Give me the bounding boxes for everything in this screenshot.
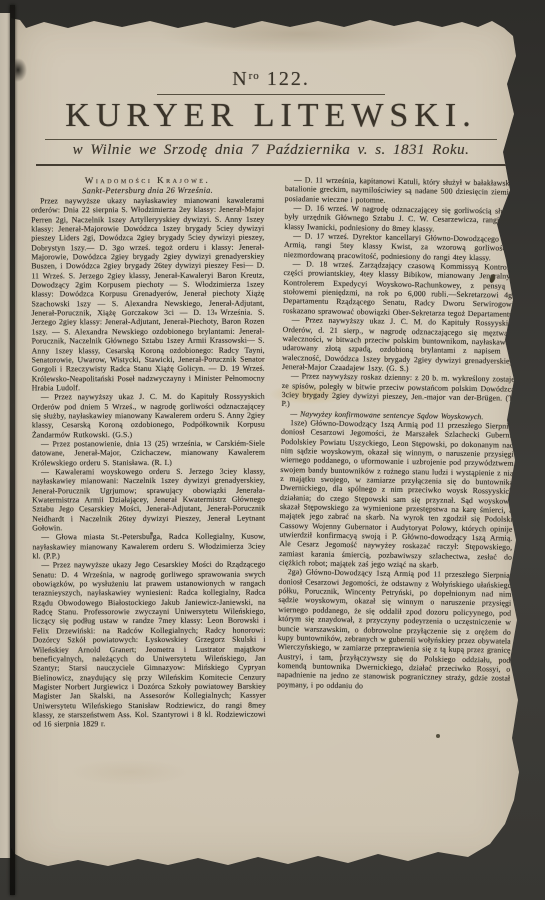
- paragraph: — Głowa miasta St.-Petersburga, Radca Ko…: [32, 532, 265, 561]
- masthead-dateline: w Wilnie we Srzodę dnia 7 Października v…: [32, 142, 510, 159]
- ink-blob: [9, 58, 27, 82]
- paragraph: — D. 18 wrześ. Zarządzający czasową Komm…: [283, 259, 517, 319]
- newspaper-scan: Nro 122. KURYER LITEWSKI. w Wilnie we Sr…: [0, 0, 545, 900]
- issue-superscript: ro: [249, 70, 260, 82]
- paragraph: — D. 16 wrześ. W nagrodę odznaczającey s…: [284, 203, 517, 235]
- paragraph: Przez naywyższe ukazy nayłaskawiey miano…: [31, 195, 265, 392]
- newspaper-title: KURYER LITEWSKI.: [32, 98, 510, 134]
- issue-value: 122.: [267, 68, 310, 90]
- newspaper-page: Nro 122. KURYER LITEWSKI. w Wilnie we Sr…: [10, 12, 524, 874]
- paragraph: — Przez postanowienie, dnia 13 (25) wrze…: [32, 438, 265, 467]
- paper-speck: [215, 312, 217, 315]
- paragraph: — Kawalerami woyskowego orderu S. Jerzeg…: [32, 466, 265, 532]
- column-dateline: Sankt-Petersburg dnia 26 Września.: [31, 185, 264, 195]
- masthead-rule-bottom: [36, 164, 506, 166]
- paragraph: — Przez naywyższe ukazy Jego Cesarskiey …: [32, 560, 266, 729]
- binding-gutter-shadow: [10, 5, 15, 895]
- article-columns: Wiadomości Krajowe. Sankt-Petersburg dni…: [32, 175, 510, 729]
- paragraph: — Przez naywyższy ukaz J. C. M. do Kapit…: [282, 315, 516, 375]
- paper-speck: [150, 532, 153, 535]
- section-heading: Wiadomości Krajowe.: [31, 174, 264, 185]
- paragraph: 1sze) Główno-Dowodzący 1szą Armią pod 11…: [279, 418, 514, 571]
- issue-prefix: N: [232, 68, 248, 90]
- paragraph: — Przez naywyższy ukaz J. C. M. do Kapit…: [32, 391, 265, 439]
- left-column: Wiadomości Krajowe. Sankt-Petersburg dni…: [31, 174, 266, 728]
- paper-speck: [340, 654, 342, 656]
- masthead: Nro 122. KURYER LITEWSKI. w Wilnie we Sr…: [32, 68, 510, 166]
- issue-number: Nro 122.: [32, 68, 510, 91]
- paragraph: 2ga) Główno-Dowodzący 1szą Armią pod 11 …: [277, 567, 512, 692]
- paragraph: — D. 11 września, kapitanowi Katuli, któ…: [285, 175, 518, 207]
- paragraph: — Przez naywyższy roskaz dzienny: z 20 b…: [281, 371, 515, 412]
- masthead-rule-top: [157, 94, 385, 95]
- paper-speck: [436, 734, 440, 738]
- right-column: — D. 11 września, kapitanowi Katuli, któ…: [277, 175, 518, 693]
- paragraph: — D. 17 wrześ. Dyrektor kancellaryi Głów…: [284, 231, 517, 263]
- page-content: Nro 122. KURYER LITEWSKI. w Wilnie we Sr…: [10, 12, 524, 728]
- masthead-rule-middle: [45, 139, 497, 140]
